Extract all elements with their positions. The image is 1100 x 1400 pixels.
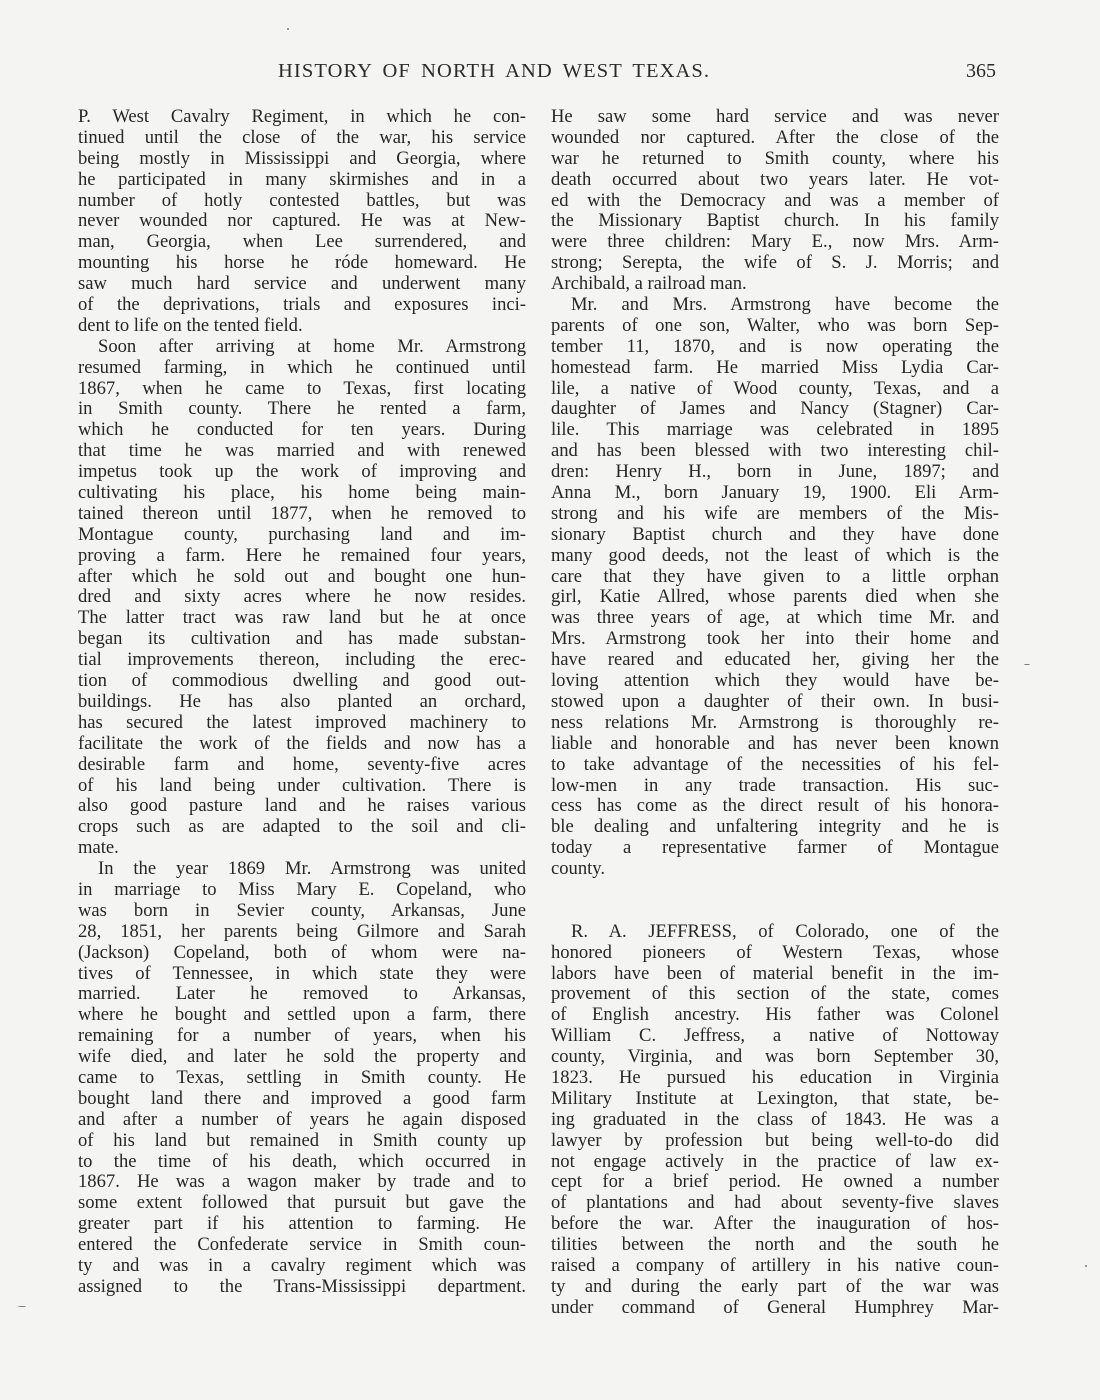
text-line: in marriage to Miss Mary E. Copeland, wh… [78, 880, 526, 901]
text-line: sionary Baptist church and they have don… [551, 525, 999, 546]
text-line: was born in Sevier county, Arkansas, Jun… [78, 901, 526, 922]
text-line: ness relations Mr. Armstrong is thorough… [551, 713, 999, 734]
text-line: began its cultivation and has made subst… [78, 629, 526, 650]
text-line: parents of one son, Walter, who was born… [551, 316, 999, 337]
text-line: man, Georgia, when Lee surrendered, and [78, 232, 526, 253]
text-line: proving a farm. Here he remained four ye… [78, 546, 526, 567]
text-line: (Jackson) Copeland, both of whom were na… [78, 943, 526, 964]
text-line: entered the Confederate service in Smith… [78, 1235, 526, 1256]
text-line: that time he was married and with renewe… [78, 441, 526, 462]
biography-heading-line: R. A. JEFFRESS, of Colorado, one of the [551, 922, 999, 943]
text-line: The latter tract was raw land but he at … [78, 608, 526, 629]
text-line: death occurred about two years later. He… [551, 170, 999, 191]
text-line: care that they have given to a little or… [551, 567, 999, 588]
scan-speck [1024, 664, 1030, 665]
text-line: number of hotly contested battles, but w… [78, 191, 526, 212]
text-line: today a representative farmer of Montagu… [551, 838, 999, 859]
text-line: have reared and educated her, giving her… [551, 650, 999, 671]
text-line: and after a number of years he again dis… [78, 1110, 526, 1131]
text-line: tained thereon until 1877, when he remov… [78, 504, 526, 525]
text-line: Archibald, a railroad man. [551, 274, 999, 295]
text-line: in Smith county. There he rented a farm, [78, 399, 526, 420]
text-line: tives of Tennessee, in which state they … [78, 964, 526, 985]
text-line: some extent followed that pursuit but ga… [78, 1193, 526, 1214]
text-line: liable and honorable and has never been … [551, 734, 999, 755]
text-line: county. [551, 859, 999, 880]
scan-speck [1085, 1265, 1087, 1267]
text-line: saw much hard service and underwent many [78, 274, 526, 295]
section-gap [551, 880, 999, 901]
text-line: stowed upon a daughter of their own. In … [551, 692, 999, 713]
text-line: raised a company of artillery in his nat… [551, 1256, 999, 1277]
text-line: He saw some hard service and was never [551, 107, 999, 128]
text-line: he participated in many skirmishes and i… [78, 170, 526, 191]
text-line: buildings. He has also planted an orchar… [78, 692, 526, 713]
section-gap [551, 901, 999, 922]
text-line: 1823. He pursued his education in Virgin… [551, 1068, 999, 1089]
text-line: was three years of age, at which time Mr… [551, 608, 999, 629]
text-line: labors have been of material benefit in … [551, 964, 999, 985]
text-line: remaining for a number of years, when hi… [78, 1026, 526, 1047]
text-line: impetus took up the work of improving an… [78, 462, 526, 483]
text-line: and has been blessed with two interestin… [551, 441, 999, 462]
text-line: strong; Serepta, the wife of S. J. Morri… [551, 253, 999, 274]
text-line: lile, a native of Wood county, Texas, an… [551, 379, 999, 400]
text-line: came to Texas, settling in Smith county.… [78, 1068, 526, 1089]
text-line: of plantations and had about seventy-fiv… [551, 1193, 999, 1214]
text-line: which he conducted for ten years. During [78, 420, 526, 441]
text-line: low-men in any trade transaction. His su… [551, 776, 999, 797]
text-line: before the war. After the inauguration o… [551, 1214, 999, 1235]
text-line: mate. [78, 838, 526, 859]
text-line: bought land there and improved a good fa… [78, 1089, 526, 1110]
text-line: of English ancestry. His father was Colo… [551, 1005, 999, 1026]
text-line: of the deprivations, trials and exposure… [78, 295, 526, 316]
text-line: many good deeds, not the least of which … [551, 546, 999, 567]
text-line: cultivating his place, his home being ma… [78, 483, 526, 504]
text-line: resumed farming, in which he continued u… [78, 358, 526, 379]
right-column: He saw some hard service and was never w… [551, 107, 999, 1319]
text-line: ed with the Democracy and was a member o… [551, 191, 999, 212]
text-line: has secured the latest improved machiner… [78, 713, 526, 734]
text-line: were three children: Mary E., now Mrs. A… [551, 232, 999, 253]
text-line: wounded nor captured. After the close of… [551, 128, 999, 149]
text-line: tember 11, 1870, and is now operating th… [551, 337, 999, 358]
text-line: Montague county, purchasing land and im- [78, 525, 526, 546]
page-header: HISTORY OF NORTH AND WEST TEXAS. 365 [0, 60, 1100, 88]
text-line: mounting his horse he róde homeward. He [78, 253, 526, 274]
paragraph-start: Soon after arriving at home Mr. Armstron… [78, 337, 526, 358]
text-line: tilities between the north and the south… [551, 1235, 999, 1256]
text-line: ty and during the early part of the war … [551, 1277, 999, 1298]
text-line: strong and his wife are members of the M… [551, 504, 999, 525]
text-line: 28, 1851, her parents being Gilmore and … [78, 922, 526, 943]
text-line: war he returned to Smith county, where h… [551, 149, 999, 170]
text-line: lile. This marriage was celebrated in 18… [551, 420, 999, 441]
text-line: ty and was in a cavalry regiment which w… [78, 1256, 526, 1277]
scan-speck [287, 28, 289, 30]
text-line: Mrs. Armstrong took her into their home … [551, 629, 999, 650]
left-column: P. West Cavalry Regiment, in which he co… [78, 107, 526, 1298]
text-line: of his land being under cultivation. The… [78, 776, 526, 797]
text-line: under command of General Humphrey Mar- [551, 1298, 999, 1319]
scan-speck [18, 1306, 26, 1307]
text-line: crops such as are adapted to the soil an… [78, 817, 526, 838]
text-line: cept for a brief period. He owned a numb… [551, 1172, 999, 1193]
text-line: dent to life on the tented field. [78, 316, 526, 337]
text-line: married. Later he removed to Arkansas, [78, 984, 526, 1005]
text-line: county, Virginia, and was born September… [551, 1047, 999, 1068]
text-line: dren: Henry H., born in June, 1897; and [551, 462, 999, 483]
text-line: Military Institute at Lexington, that st… [551, 1089, 999, 1110]
text-line: tinued until the close of the war, his s… [78, 128, 526, 149]
text-line: lawyer by profession but being well-to-d… [551, 1131, 999, 1152]
text-line: also good pasture land and he raises var… [78, 796, 526, 817]
text-line: not engage actively in the practice of l… [551, 1152, 999, 1173]
text-line: daughter of James and Nancy (Stagner) Ca… [551, 399, 999, 420]
text-line: provement of this section of the state, … [551, 984, 999, 1005]
text-line: ing graduated in the class of 1843. He w… [551, 1110, 999, 1131]
text-line: being mostly in Mississippi and Georgia,… [78, 149, 526, 170]
text-line: to take advantage of the necessities of … [551, 755, 999, 776]
text-line: girl, Katie Allred, whose parents died w… [551, 587, 999, 608]
text-line: ble dealing and unfaltering integrity an… [551, 817, 999, 838]
text-line: never wounded nor captured. He was at Ne… [78, 211, 526, 232]
text-line: tial improvements thereon, including the… [78, 650, 526, 671]
text-line: William C. Jeffress, a native of Nottowa… [551, 1026, 999, 1047]
text-line: wife died, and later he sold the propert… [78, 1047, 526, 1068]
text-line: facilitate the work of the fields and no… [78, 734, 526, 755]
text-line: desirable farm and home, seventy-five ac… [78, 755, 526, 776]
text-line: to the time of his death, which occurred… [78, 1152, 526, 1173]
text-line: the Missionary Baptist church. In his fa… [551, 211, 999, 232]
text-line: assigned to the Trans-Mississippi depart… [78, 1277, 526, 1298]
text-line: cess has come as the direct result of hi… [551, 796, 999, 817]
text-line: Anna M., born January 19, 1900. Eli Arm- [551, 483, 999, 504]
text-line: loving attention which they would have b… [551, 671, 999, 692]
running-title: HISTORY OF NORTH AND WEST TEXAS. [278, 60, 710, 83]
text-line: where he bought and settled upon a farm,… [78, 1005, 526, 1026]
text-line: P. West Cavalry Regiment, in which he co… [78, 107, 526, 128]
text-line: 1867. He was a wagon maker by trade and … [78, 1172, 526, 1193]
paragraph-start: In the year 1869 Mr. Armstrong was unite… [78, 859, 526, 880]
page-number: 365 [966, 60, 996, 83]
text-line: 1867, when he came to Texas, first locat… [78, 379, 526, 400]
paragraph-start: Mr. and Mrs. Armstrong have become the [551, 295, 999, 316]
text-line: homestead farm. He married Miss Lydia Ca… [551, 358, 999, 379]
text-line: after which he sold out and bought one h… [78, 567, 526, 588]
text-line: dred and sixty acres where he now reside… [78, 587, 526, 608]
text-line: greater part if his attention to farming… [78, 1214, 526, 1235]
text-line: honored pioneers of Western Texas, whose [551, 943, 999, 964]
text-line: of his land but remained in Smith county… [78, 1131, 526, 1152]
text-line: tion of commodious dwelling and good out… [78, 671, 526, 692]
